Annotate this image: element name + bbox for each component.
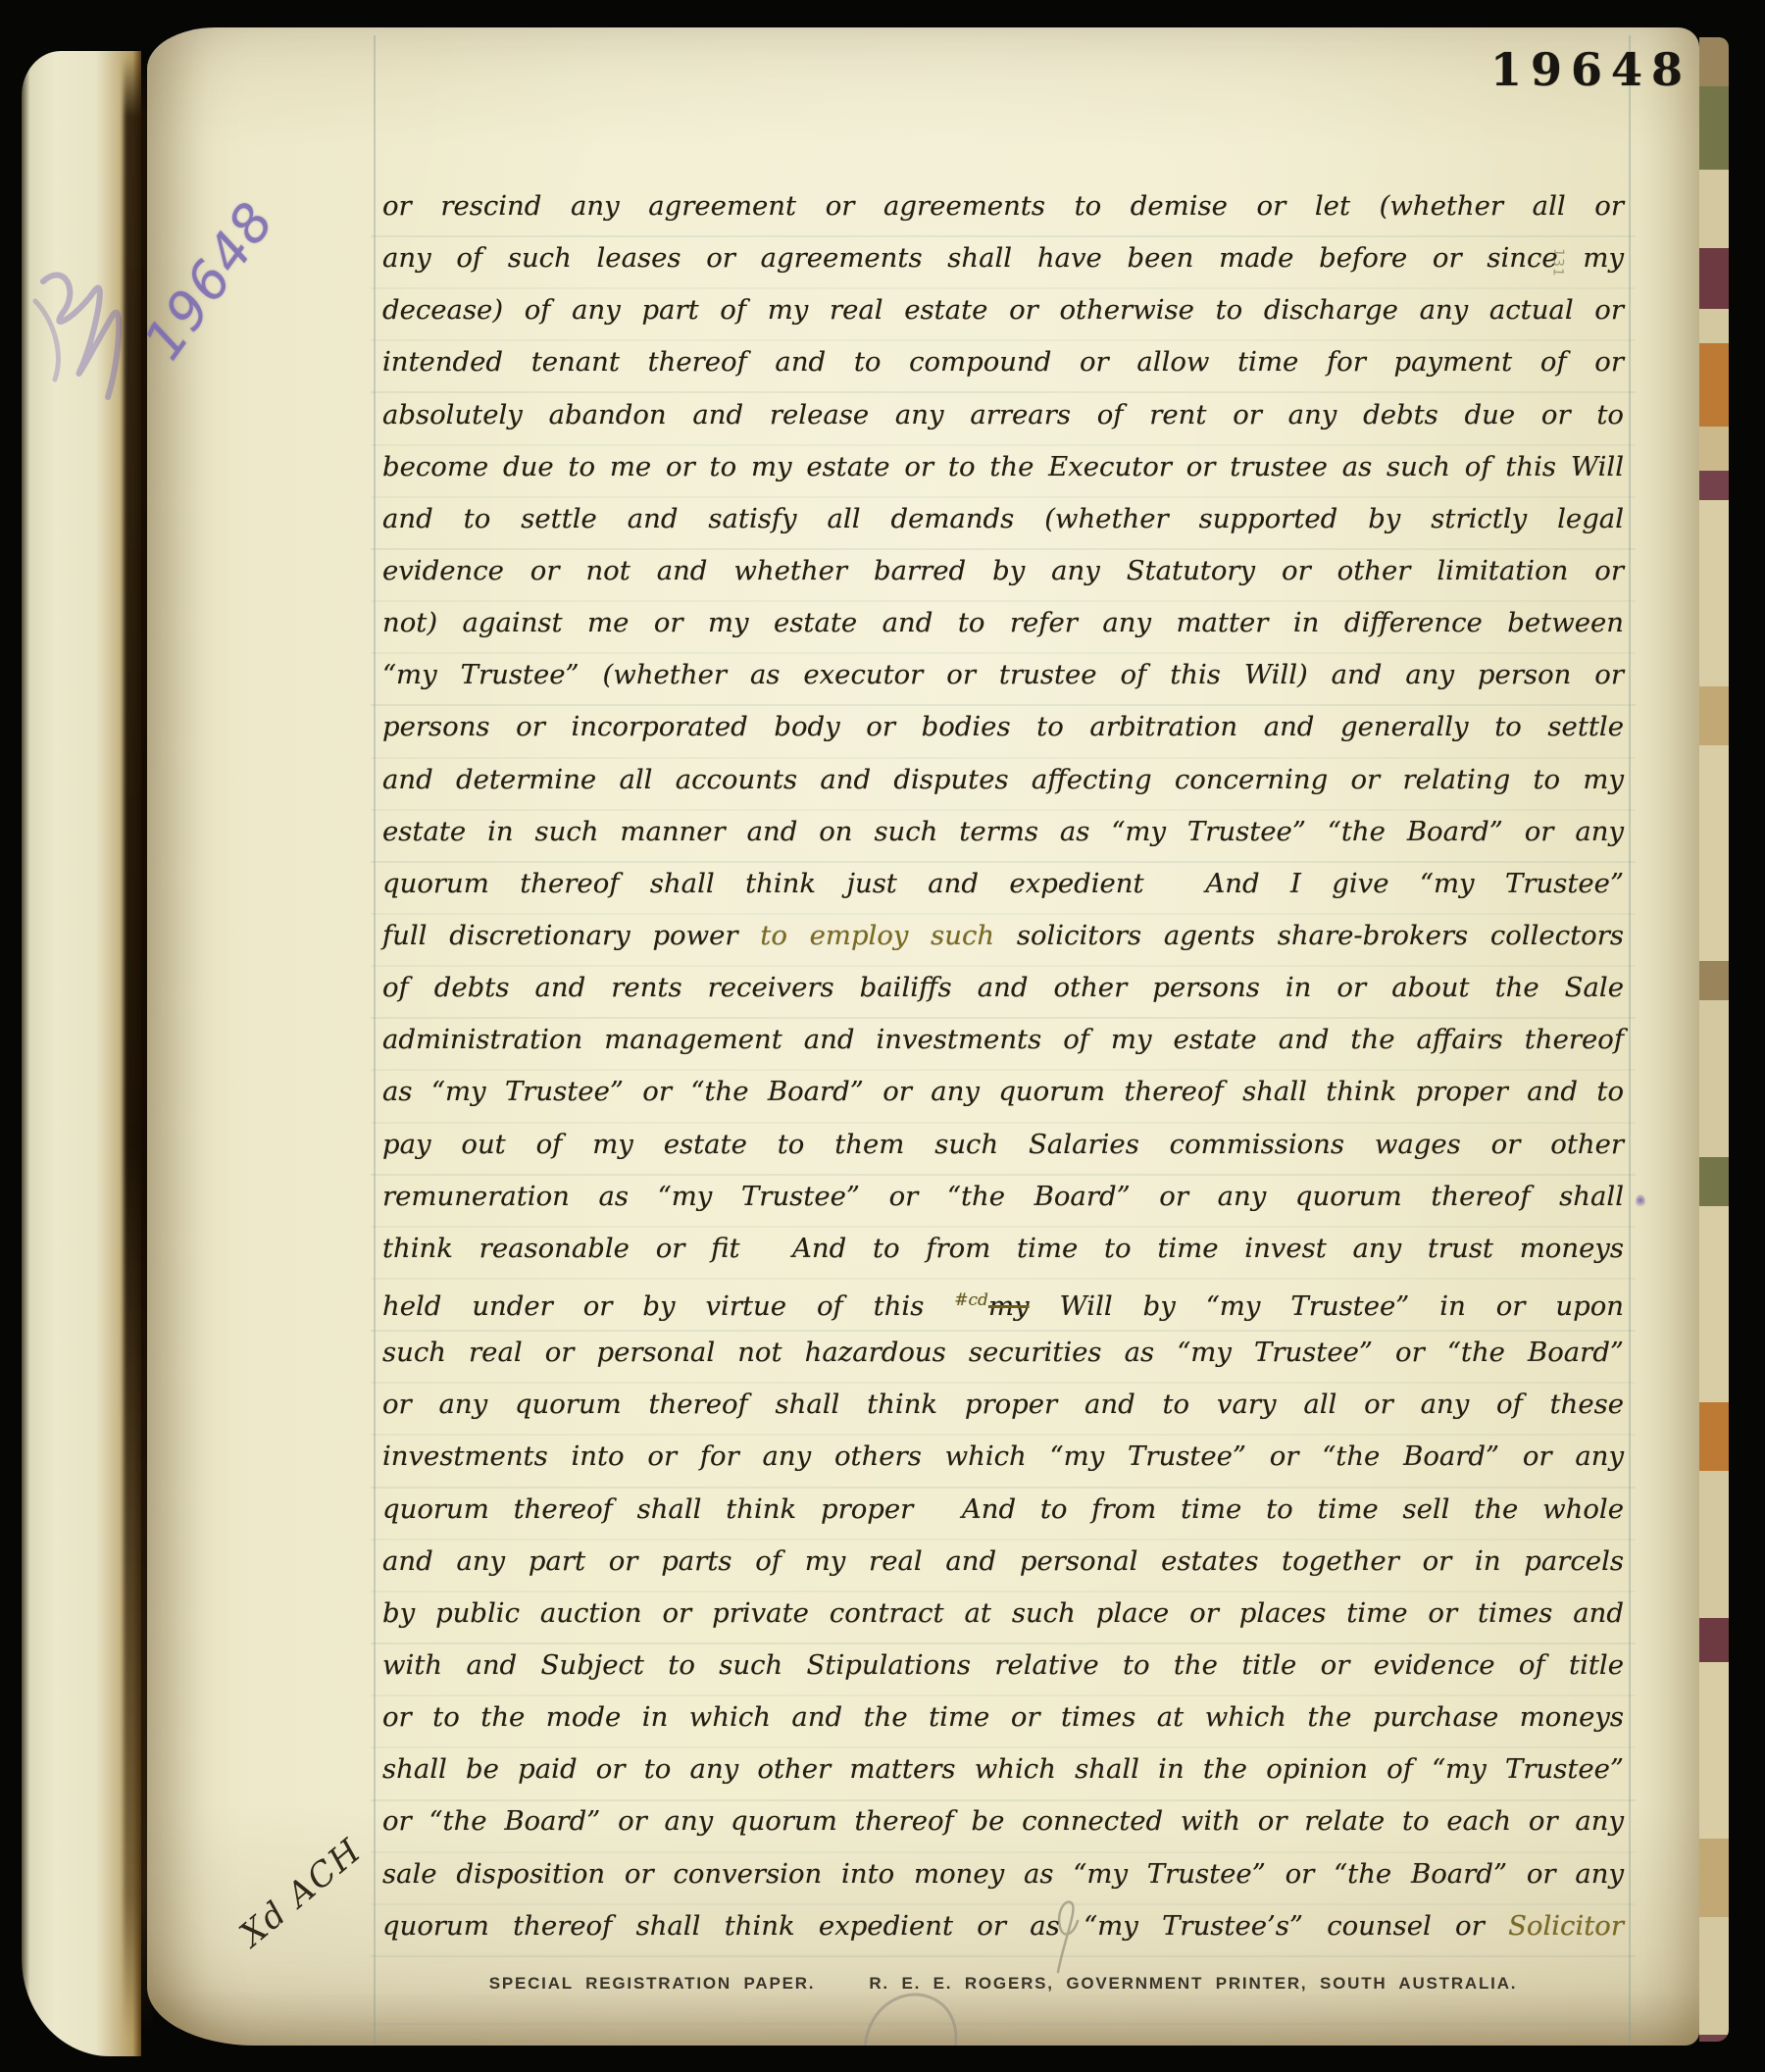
manuscript-line: decease) of any part of my real estate o… — [382, 286, 1624, 338]
manuscript-line: intended tenant thereof and to compound … — [382, 338, 1624, 390]
manuscript-lines: or rescind any agreement or agreements t… — [382, 182, 1624, 1954]
printer-imprint: SPECIAL REGISTRATION PAPER. R. E. E. ROG… — [382, 1974, 1624, 1994]
pencil-curl-mark — [1044, 1895, 1087, 1974]
manuscript-line: evidence or not and whether barred by an… — [382, 547, 1624, 599]
manuscript-line: think reasonable or fit And to from time… — [382, 1225, 1624, 1277]
manuscript-line: such real or personal not hazardous secu… — [382, 1329, 1624, 1381]
ink-speck — [1636, 1194, 1645, 1209]
manuscript-line: or “the Board” or any quorum thereof be … — [382, 1797, 1624, 1849]
manuscript-line: shall be paid or to any other matters wh… — [382, 1745, 1624, 1797]
manuscript-line: and to settle and satisfy all demands (w… — [382, 495, 1624, 547]
manuscript-line: of debts and rents receivers bailiffs an… — [382, 964, 1624, 1016]
page-number-stamp: 19648 — [1490, 43, 1691, 96]
manuscript-line: become due to me or to my estate or to t… — [382, 443, 1624, 495]
manuscript-line: held under or by virtue of this #cdmy Wi… — [382, 1277, 1624, 1329]
manuscript-line: any of such leases or agreements shall h… — [382, 234, 1624, 286]
manuscript-line: quorum thereof shall think expedient or … — [382, 1902, 1624, 1954]
footer-printer-label: R. E. E. ROGERS, GOVERNMENT PRINTER, SOU… — [869, 1974, 1517, 1994]
manuscript-line: and any part or parts of my real and per… — [382, 1538, 1624, 1590]
left-margin-rule — [374, 35, 376, 2044]
manuscript-line: sale disposition or conversion into mone… — [382, 1850, 1624, 1902]
manuscript-line: absolutely abandon and release any arrea… — [382, 391, 1624, 443]
manuscript-line: or rescind any agreement or agreements t… — [382, 182, 1624, 234]
manuscript-line: full discretionary power to employ such … — [382, 912, 1624, 964]
manuscript-line: pay out of my estate to them such Salari… — [382, 1121, 1624, 1173]
right-margin-rule — [1629, 35, 1631, 2044]
manuscript-line: quorum thereof shall think just and expe… — [382, 860, 1624, 912]
manuscript-line: persons or incorporated body or bodies t… — [382, 703, 1624, 755]
manuscript-line: or any quorum thereof shall think proper… — [382, 1381, 1624, 1433]
pencil-loop-mark — [853, 1987, 971, 2046]
manuscript-line: or to the mode in which and the time or … — [382, 1693, 1624, 1745]
manuscript-line: quorum thereof shall think proper And to… — [382, 1486, 1624, 1538]
manuscript-line: estate in such manner and on such terms … — [382, 808, 1624, 860]
book-scan: 19648 19648 131 or rescind any agreement… — [0, 0, 1765, 2072]
manuscript-line: with and Subject to such Stipulations re… — [382, 1642, 1624, 1693]
manuscript-line: by public auction or private contract at… — [382, 1590, 1624, 1642]
footer-paper-label: SPECIAL REGISTRATION PAPER. — [489, 1974, 816, 1994]
manuscript-line: remuneration as “my Trustee” or “the Boa… — [382, 1173, 1624, 1225]
margin-annotation: Xd ACH — [232, 1831, 370, 1954]
manuscript-page: 19648 19648 131 or rescind any agreement… — [147, 27, 1699, 2046]
fore-edge-pages — [1699, 37, 1729, 2042]
handwritten-page-number: 19648 — [147, 190, 286, 371]
manuscript-line: “my Trustee” (whether as executor or tru… — [382, 651, 1624, 703]
manuscript-line: administration management and investment… — [382, 1016, 1624, 1068]
manuscript-line: and determine all accounts and disputes … — [382, 756, 1624, 808]
manuscript-line: not) against me or my estate and to refe… — [382, 599, 1624, 651]
manuscript-line: investments into or for any others which… — [382, 1433, 1624, 1485]
manuscript-line: as “my Trustee” or “the Board” or any qu… — [382, 1068, 1624, 1120]
